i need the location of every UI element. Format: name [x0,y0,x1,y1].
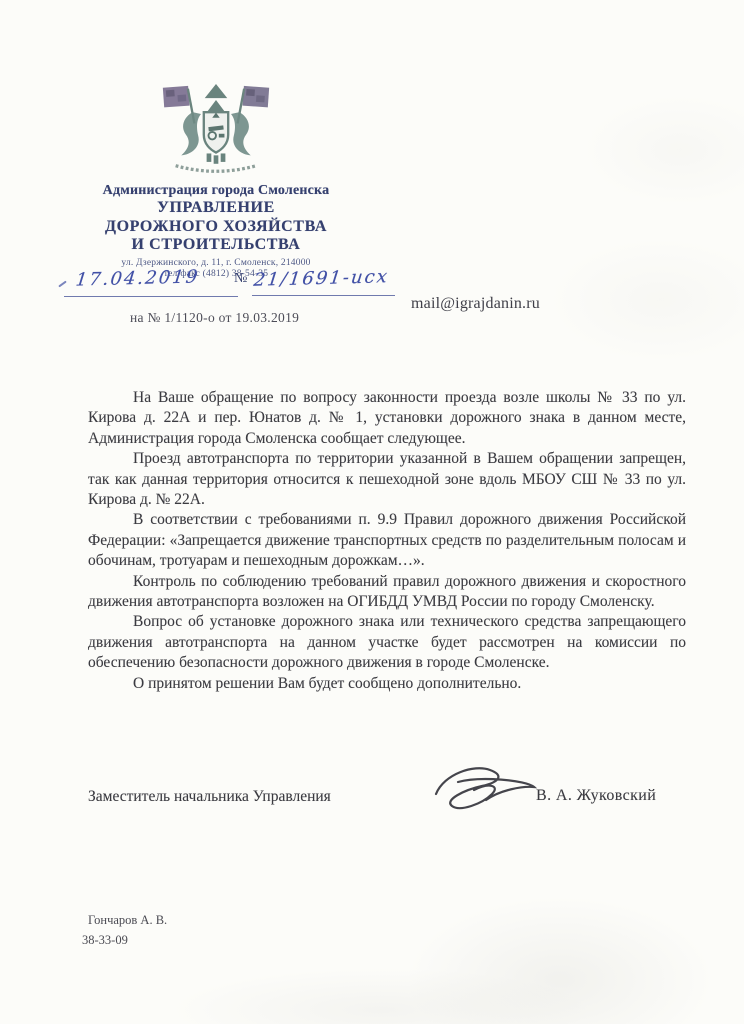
number-sign: № [234,271,247,286]
outgoing-number-handwritten: 21/1691-исх [253,266,391,291]
signer-position: Заместитель начальника Управления [88,788,331,806]
outgoing-date-field: 17.04.2019 [64,268,238,297]
body-paragraph-3: В соответствии с требованиями п. 9.9 Пра… [88,510,686,571]
org-name-line3: ДОРОЖНОГО ХОЗЯЙСТВА [45,218,387,237]
org-name-line2: УПРАВЛЕНИЕ [45,199,387,218]
executor-block: Гончаров А. В. 38-33-09 [88,910,167,950]
coat-of-arms-icon [155,84,277,176]
outgoing-date-handwritten: 17.04.2019 [75,266,201,290]
body-paragraph-4: Контроль по соблюдению требований правил… [88,572,686,613]
letterhead: Администрация города Смоленска УПРАВЛЕНИ… [45,84,387,280]
signer-name: В. А. Жуковский [536,787,656,805]
executor-phone: 38-33-09 [82,930,167,950]
letter-body: На Ваше обращение по вопросу законности … [88,388,686,694]
body-paragraph-2: Проезд автотранспорта по территории указ… [88,449,686,510]
org-name-line4: И СТРОИТЕЛЬСТВА [45,236,387,255]
org-name-line1: Администрация города Смоленска [45,182,387,199]
document-page: Администрация города Смоленска УПРАВЛЕНИ… [0,0,744,1024]
executor-name: Гончаров А. В. [88,910,167,930]
recipient-email: mail@igrajdanin.ru [411,295,540,313]
outgoing-number-field: №21/1691-исх [234,268,395,296]
body-paragraph-6: О принятом решении Вам будет сообщено до… [88,674,686,694]
signature-scribble-icon [430,760,542,818]
body-paragraph-1: На Ваше обращение по вопросу законности … [88,388,686,449]
body-paragraph-5: Вопрос об установке дорожного знака или … [88,612,686,673]
reference-to-incoming: на № 1/1120-о от 19.03.2019 [130,310,299,326]
